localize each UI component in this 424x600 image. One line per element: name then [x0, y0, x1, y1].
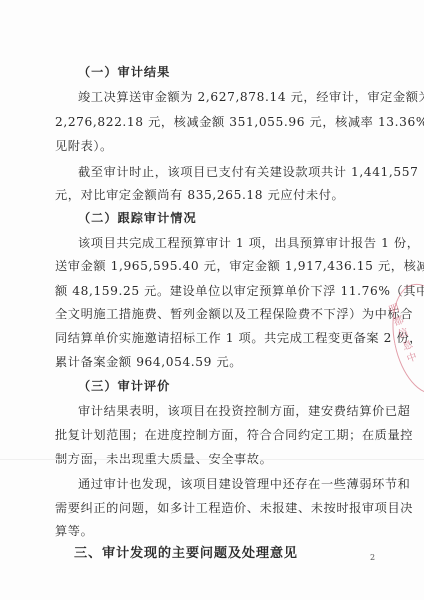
section-heading-audit-evaluation: （三）审计评价 — [78, 378, 170, 394]
page-number: 2 — [370, 553, 375, 562]
paragraph-line: 同结算单价实施邀请招标工作 1 项。共完成工程变更备案 2 份， — [55, 330, 422, 346]
paragraph-line: 算等。 — [55, 523, 93, 539]
section-heading-tracking-audit: （二）跟踪审计情况 — [78, 210, 197, 226]
paragraph-line: 截至审计时止，该项目已支付有关建设款项共计 1,441,557 — [78, 164, 418, 180]
section-heading-audit-result: （一）审计结果 — [78, 64, 170, 80]
paragraph-line: 竣工决算送审金额为 2,627,878.14 元，经审计，审定金额为 — [78, 89, 424, 105]
paragraph-line: 批复计划范围；在进度控制方面，符合合同约定工期；在质量控 — [55, 427, 413, 443]
scan-artifact-line — [0, 459, 424, 460]
section-heading-main-issues: 三、审计发现的主要问题及处理意见 — [74, 546, 298, 562]
paragraph-line: 额 48,159.25 元。建设单位以审定预算单价下浮 11.76%（其中安 — [55, 283, 424, 299]
paragraph-line: 2,276,822.18 元，核减金额 351,055.96 元，核减率 13.… — [55, 114, 424, 130]
paragraph-line: 元，对比审定金额尚有 835,265.18 元应付未付。 — [55, 187, 344, 203]
paragraph-line: 全文明施工措施费、暂列金额以及工程保险费不下浮）为中标合 — [55, 306, 413, 322]
paragraph-line: 通过审计也发现，该项目建设管理中还存在一些薄弱环节和 — [78, 476, 410, 492]
document-page: （一）审计结果 竣工决算送审金额为 2,627,878.14 元，经审计，审定金… — [0, 0, 424, 600]
paragraph-line: 见附表）。 — [55, 138, 113, 154]
paragraph-line: 累计备案金额 964,054.59 元。 — [55, 354, 242, 370]
paragraph-line: 需要纠正的问题，如多计工程造价、未报建、未按时报审项目决 — [55, 500, 413, 516]
paragraph-line: 送审金额 1,965,595.40 元，审定金额 1,917,436.15 元，… — [55, 258, 424, 274]
paragraph-line: 该项目共完成工程预算审计 1 项，出具预算审计报告 1 份， — [78, 235, 420, 251]
paragraph-line: 审计结果表明，该项目在投资控制方面，建安费结算价已超 — [78, 403, 410, 419]
